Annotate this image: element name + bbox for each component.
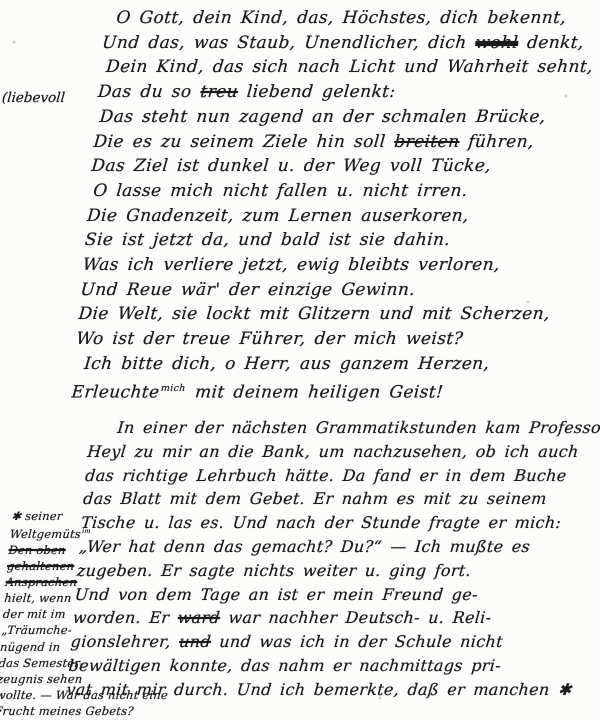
inserted-text: im: [82, 528, 91, 535]
text-line: wollte. — War das nicht eine: [0, 687, 169, 703]
text-run: das Semester-: [0, 656, 85, 670]
inserted-text: mich: [160, 383, 186, 394]
text-run: Weltgemüts: [9, 527, 81, 541]
text-run: O lasse mich nicht fallen u. nicht irren…: [92, 181, 468, 201]
text-run: Dein Kind, das sich nach Licht und Wahrh…: [105, 57, 594, 77]
text-run: hielt, wenn: [4, 591, 72, 605]
text-run: Und Reue wär' der einzige Gewinn.: [80, 280, 416, 300]
text-run: Was ich verliere jetzt, ewig bleibts ver…: [82, 255, 501, 275]
text-line: Und Reue wär' der einzige Gewinn.: [80, 278, 575, 303]
text-run: Die Gnadenzeit, zum Lernen auserkoren,: [86, 206, 469, 226]
text-run: O Gott, dein Kind, das, Höchstes, dich b…: [116, 8, 568, 28]
text-line: In einer der nächsten Grammatikstunden k…: [88, 416, 600, 440]
text-run: gehaltenen: [7, 559, 75, 573]
text-run: liebend gelenkt:: [237, 82, 396, 102]
text-line: Dein Kind, das sich nach Licht und Wahrh…: [99, 55, 594, 80]
text-line: Ansprachen: [5, 574, 179, 590]
text-run: Das Ziel ist dunkel u. der Weg voll Tück…: [91, 156, 492, 176]
text-line: nügend in: [0, 639, 173, 655]
struck-text: wohl: [475, 33, 520, 53]
text-run: Erleuchte: [71, 382, 161, 402]
text-line: ✱ seiner: [11, 508, 185, 524]
text-run: wollte. — War das nicht eine: [0, 688, 169, 702]
text-run: Ich bitte dich, o Herr, aus ganzem Herze…: [83, 354, 490, 374]
struck-text: breiten: [394, 132, 461, 152]
text-line: zeugnis sehen: [0, 671, 170, 687]
text-line: das richtige Lehrbuch hätte. Da fand er …: [84, 464, 600, 488]
struck-text: treu: [200, 82, 239, 102]
text-run: führen,: [459, 132, 535, 152]
text-line: Weltgemütsim: [9, 524, 183, 542]
text-run: und was ich in der Schule nicht: [210, 632, 504, 651]
text-line: das Semester-: [0, 655, 172, 671]
text-run: mit deinem heiligen Geist!: [185, 382, 444, 402]
text-line: Und das, was Staub, Unendlicher, dich wo…: [101, 31, 596, 56]
text-run: „Träumche-: [1, 623, 73, 637]
text-run: Die es zu seinem Ziele hin soll: [93, 132, 396, 152]
text-run: Den oben: [8, 543, 66, 557]
struck-text: ward: [177, 608, 221, 627]
text-line: Die Gnadenzeit, zum Lernen auserkoren,: [86, 204, 581, 229]
text-line: Die Welt, sie lockt mit Glitzern und mit…: [77, 302, 572, 327]
text-line: hielt, wenn: [4, 590, 178, 606]
text-run: nügend in: [0, 640, 61, 654]
text-line: Heyl zu mir an die Bank, um nachzusehen,…: [86, 440, 600, 464]
text-line: Ich bitte dich, o Herr, aus ganzem Herze…: [73, 352, 568, 377]
text-line: O Gott, dein Kind, das, Höchstes, dich b…: [103, 6, 598, 31]
text-line: gehaltenen: [6, 558, 180, 574]
text-run: Wo ist der treue Führer, der mich weist?: [75, 329, 464, 349]
text-run: das Blatt mit dem Gebet. Er nahm es mit …: [82, 489, 547, 508]
text-line: Das du so treu liebend gelenkt:: [97, 80, 592, 105]
text-run: Die Welt, sie lockt mit Glitzern und mit…: [78, 304, 551, 324]
text-run: In einer der nächsten Grammatikstunden k…: [117, 418, 600, 437]
text-line: Wo ist der treue Führer, der mich weist?: [75, 327, 570, 352]
text-run: war nachher Deutsch- u. Reli-: [219, 608, 492, 627]
manuscript-page: (liebevoll O Gott, dein Kind, das, Höchs…: [0, 0, 600, 720]
text-line: Die es zu seinem Ziele hin soll breiten …: [92, 130, 587, 155]
poem-text: O Gott, dein Kind, das, Höchstes, dich b…: [71, 6, 599, 405]
text-run: das richtige Lehrbuch hätte. Da fand er …: [84, 466, 567, 485]
struck-text: und: [178, 632, 211, 651]
text-run: denkt,: [517, 33, 584, 53]
text-line: Das steht nun zagend an der schmalen Brü…: [95, 105, 590, 130]
text-line: Das Ziel ist dunkel u. der Weg voll Tück…: [90, 154, 585, 179]
text-line: Frucht meines Gebets?: [0, 703, 167, 719]
text-line: „Träumche-: [1, 622, 175, 638]
text-run: Sie ist jetzt da, und bald ist sie dahin…: [84, 230, 451, 250]
text-run: der mit im: [2, 607, 66, 621]
text-run: Das steht nun zagend an der schmalen Brü…: [99, 107, 547, 127]
text-line: Sie ist jetzt da, und bald ist sie dahin…: [84, 228, 579, 253]
text-run: Das du so: [97, 82, 201, 102]
text-run: ✱ seiner: [11, 509, 63, 523]
text-run: Frucht meines Gebets?: [0, 704, 134, 718]
text-run: Heyl zu mir an die Bank, um nachzusehen,…: [87, 442, 580, 461]
text-line: Was ich verliere jetzt, ewig bleibts ver…: [82, 253, 577, 278]
text-line: Erleuchtemich mit deinem heiligen Geist!: [71, 377, 566, 405]
text-line: Den oben: [8, 542, 182, 558]
margin-footnote: ✱ seinerWeltgemütsimDen obengehaltenenAn…: [0, 508, 184, 719]
text-run: Und das, was Staub, Unendlicher, dich: [101, 33, 476, 53]
margin-correction-note: (liebevoll: [1, 90, 65, 106]
text-run: zeugnis sehen: [0, 672, 83, 686]
text-line: O lasse mich nicht fallen u. nicht irren…: [88, 179, 583, 204]
text-run: Ansprachen: [5, 575, 78, 589]
text-line: der mit im: [2, 606, 176, 622]
